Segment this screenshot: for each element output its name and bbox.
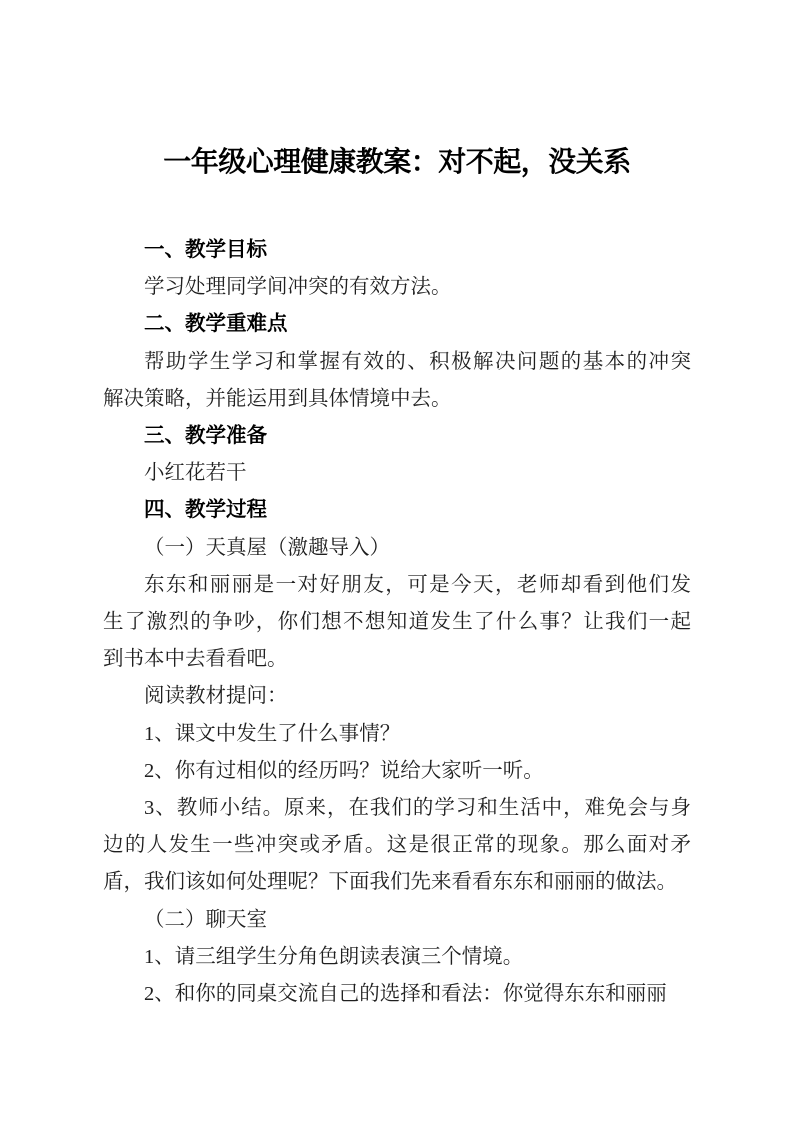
text-line: 边的人发生一些冲突或矛盾。这是很正常的现象。那么面对矛 <box>103 827 691 864</box>
text-line: 阅读教材提问： <box>103 678 691 715</box>
body-paragraph: 帮助学生学习和掌握有效的、积极解决问题的基本的冲突解决策略，并能运用到具体情境中… <box>103 344 691 418</box>
text-line: 四、教学过程 <box>103 492 691 529</box>
text-line: 3、教师小结。原来，在我们的学习和生活中，难免会与身 <box>103 790 691 827</box>
document-page: 一年级心理健康教案：对不起，没关系 一、教学目标学习处理同学间冲突的有效方法。二… <box>0 0 793 1122</box>
section-heading: 四、教学过程 <box>103 492 691 529</box>
document-title: 一年级心理健康教案：对不起，没关系 <box>103 143 691 183</box>
text-line: 盾，我们该如何处理呢？下面我们先来看看东东和丽丽的做法。 <box>103 864 691 901</box>
body-paragraph: 学习处理同学间冲突的有效方法。 <box>103 269 691 306</box>
text-line: 1、课文中发生了什么事情？ <box>103 716 691 753</box>
text-line: 1、请三组学生分角色朗读表演三个情境。 <box>103 939 691 976</box>
text-line: 2、和你的同桌交流自己的选择和看法：你觉得东东和丽丽 <box>103 976 691 1013</box>
text-line: （一）天真屋（激趣导入） <box>103 530 691 567</box>
body-paragraph: 3、教师小结。原来，在我们的学习和生活中，难免会与身边的人发生一些冲突或矛盾。这… <box>103 790 691 902</box>
body-paragraph: 2、你有过相似的经历吗？说给大家听一听。 <box>103 753 691 790</box>
body-paragraph: 2、和你的同桌交流自己的选择和看法：你觉得东东和丽丽 <box>103 976 691 1013</box>
body-paragraph: 小红花若干 <box>103 455 691 492</box>
section-heading: 三、教学准备 <box>103 418 691 455</box>
body-paragraph: 阅读教材提问： <box>103 678 691 715</box>
text-line: 到书本中去看看吧。 <box>103 641 691 678</box>
text-line: 2、你有过相似的经历吗？说给大家听一听。 <box>103 753 691 790</box>
text-line: 东东和丽丽是一对好朋友，可是今天，老师却看到他们发 <box>103 567 691 604</box>
body-paragraph: （二）聊天室 <box>103 902 691 939</box>
body-paragraph: （一）天真屋（激趣导入） <box>103 530 691 567</box>
section-heading: 二、教学重难点 <box>103 306 691 343</box>
text-line: （二）聊天室 <box>103 902 691 939</box>
body-paragraph: 1、请三组学生分角色朗读表演三个情境。 <box>103 939 691 976</box>
section-heading: 一、教学目标 <box>103 232 691 269</box>
document-body: 一、教学目标学习处理同学间冲突的有效方法。二、教学重难点帮助学生学习和掌握有效的… <box>103 232 691 1013</box>
text-line: 小红花若干 <box>103 455 691 492</box>
body-paragraph: 1、课文中发生了什么事情？ <box>103 716 691 753</box>
body-paragraph: 东东和丽丽是一对好朋友，可是今天，老师却看到他们发生了激烈的争吵，你们想不想知道… <box>103 567 691 679</box>
text-line: 三、教学准备 <box>103 418 691 455</box>
text-line: 一、教学目标 <box>103 232 691 269</box>
text-line: 生了激烈的争吵，你们想不想知道发生了什么事？让我们一起 <box>103 604 691 641</box>
text-line: 二、教学重难点 <box>103 306 691 343</box>
text-line: 解决策略，并能运用到具体情境中去。 <box>103 381 691 418</box>
text-line: 学习处理同学间冲突的有效方法。 <box>103 269 691 306</box>
text-line: 帮助学生学习和掌握有效的、积极解决问题的基本的冲突 <box>103 344 691 381</box>
